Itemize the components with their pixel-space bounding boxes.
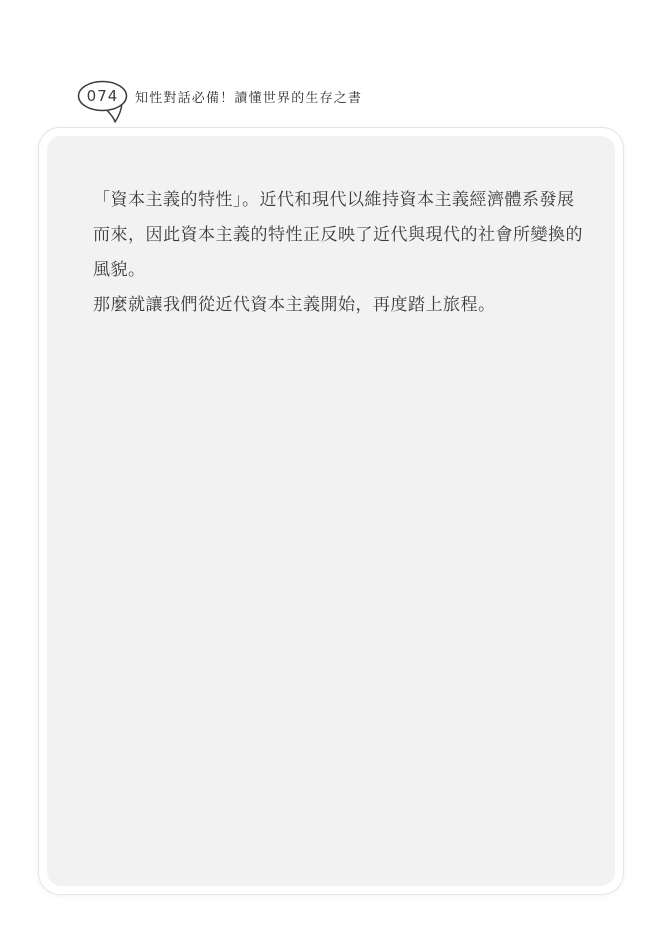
page-number: 074 <box>87 87 119 105</box>
text-line: 「資本主義的特性」。近代和現代以維持資本主義經濟體系發展 <box>93 190 575 209</box>
paragraph: 那麼就讓我們從近代資本主義開始，再度踏上旅程。 <box>93 287 573 322</box>
content-card: 「資本主義的特性」。近代和現代以維持資本主義經濟體系發展 而來，因此資本主義的特… <box>47 136 615 886</box>
speech-bubble-icon: 074 <box>76 80 134 126</box>
book-page: 074 知性對話必備！讀懂世界的生存之書 「資本主義的特性」。近代和現代以維持資… <box>0 0 663 932</box>
text-line: 而來，因此資本主義的特性正反映了近代與現代的社會所變換的 <box>93 225 583 244</box>
content-card-frame: 「資本主義的特性」。近代和現代以維持資本主義經濟體系發展 而來，因此資本主義的特… <box>38 127 624 895</box>
paragraph: 「資本主義的特性」。近代和現代以維持資本主義經濟體系發展 而來，因此資本主義的特… <box>93 182 573 287</box>
body-text: 「資本主義的特性」。近代和現代以維持資本主義經濟體系發展 而來，因此資本主義的特… <box>47 136 615 322</box>
text-line: 風貌。 <box>93 260 146 279</box>
book-title-header: 知性對話必備！讀懂世界的生存之書 <box>135 90 362 106</box>
text-line: 那麼就讓我們從近代資本主義開始，再度踏上旅程。 <box>93 295 496 314</box>
running-head: 074 知性對話必備！讀懂世界的生存之書 <box>0 0 663 46</box>
